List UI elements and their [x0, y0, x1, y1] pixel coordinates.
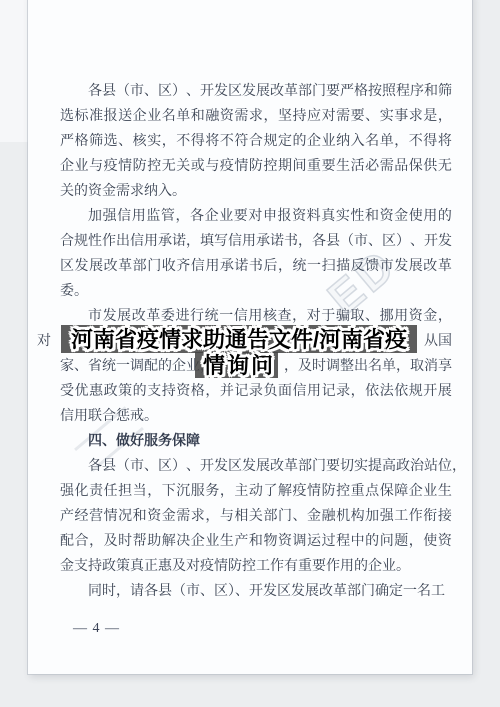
- text-line: 选标准报送企业名单和融资需求，坚持应对需要、实事求是，: [60, 104, 452, 129]
- text-line: 严格筛选、核实，不得将不符合规定的企业纳入名单，不得将: [60, 129, 452, 154]
- text-line: 关的资金需求纳入。: [60, 179, 452, 204]
- caption-title-line-1: 河南省疫情求助通告文件/河南省疫: [36, 327, 442, 353]
- section-heading: 四、做好服务保障: [60, 429, 452, 454]
- page-number: — 4 —: [73, 621, 120, 637]
- text-line: 合规性作出信用承诺，填写信用承诺书，各县（市、区）、开发: [60, 229, 452, 254]
- text-line: 受优惠政策的支持资格，并记录负面信用记录，依法依规开展: [60, 379, 452, 404]
- text-line: 配合，及时帮助解决企业生产和物资调运过程中的问题，使资: [60, 529, 452, 554]
- text-line: 产经营情况和资金需求，与相关部门、金融机构加强工作衔接: [60, 504, 452, 529]
- text-line: 加强信用监管，各企业要对申报资料真实性和资金使用的: [60, 204, 452, 229]
- caption-title-line-2: 情询问: [36, 353, 442, 379]
- text-line: 同时，请各县（市、区）、开发区发展改革部门确定一名工: [60, 579, 452, 604]
- text-line: 各县（市、区）、开发区发展改革部门要切实提高政治站位，: [60, 454, 452, 479]
- text-line: 信用联合惩戒。: [60, 404, 452, 429]
- text-line: 各县（市、区）、开发区发展改革部门要严格按照程序和筛: [60, 79, 452, 104]
- text-line: 强化责任担当，下沉服务，主动了解疫情防控重点保障企业生: [60, 479, 452, 504]
- text-line: 企业与疫情防控无关或与疫情防控期间重要生活必需品保供无: [60, 154, 452, 179]
- screenshot-root: { "colors": { "background": "#eceef0", "…: [0, 0, 500, 707]
- text-line: 委。: [60, 279, 452, 304]
- text-line: 金支持政策真正惠及对疫情防控工作有重要作用的企业。: [60, 554, 452, 579]
- text-line: 区发展改革部门收齐信用承诺书后，统一扫描反馈市发展改革: [60, 254, 452, 279]
- page-margin-light-area: [0, 0, 28, 142]
